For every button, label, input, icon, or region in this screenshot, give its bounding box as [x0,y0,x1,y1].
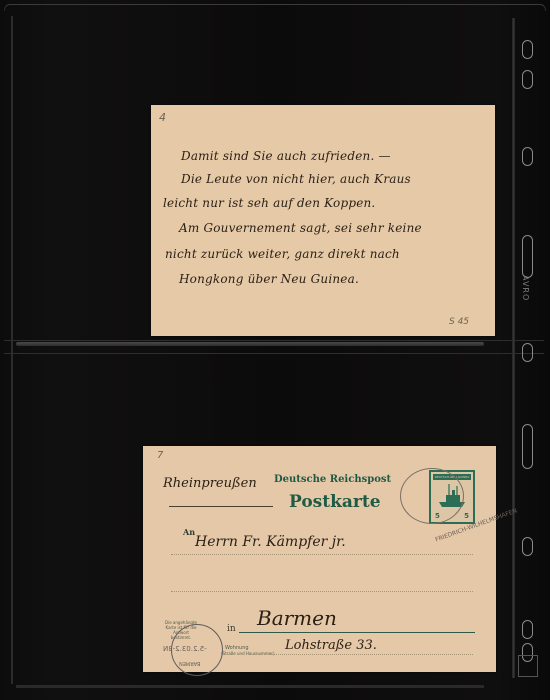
sheet-top-edge [4,4,546,11]
punch-hole-icon [522,40,533,59]
postcard-address-side: 7 Rheinpreußen Deutsche Reichspost Postk… [143,446,496,672]
letter-line: Hongkong über Neu Guinea. [179,272,359,286]
street-address: Lohstraße 33. [285,638,377,653]
origin-postmark [400,468,464,524]
card-title: Postkarte [289,492,381,512]
address-line [171,591,473,592]
letter-line: Die Leute von nicht hier, auch Kraus [181,172,411,186]
stamp-value-right: 5 [464,512,469,520]
address-line [171,554,473,555]
pocket-separator-line [4,340,544,341]
punch-hole-icon [522,70,533,89]
card-header: Deutsche Reichspost [274,474,391,485]
an-label: An [183,527,195,537]
in-label: in [227,624,236,634]
postcard-message-side: 4 Damit sind Sie auch zufrieden. — Die L… [151,105,495,336]
card-corner-number: 4 [159,111,166,124]
sheet-corner-mark [518,655,538,677]
punch-hole-icon [522,620,533,639]
letter-line: Damit sind Sie auch zufrieden. — [181,149,391,163]
album-brand: AVRO [521,275,530,301]
sender-underline [169,506,273,507]
city-underline [239,632,475,633]
arrival-postmark-place: BARMEN [179,660,201,666]
arrival-postmark-date: -5.2.03.2-3N [163,645,207,653]
pocket-separator [16,342,484,346]
pocket-bottom-strip [16,685,484,688]
sleeve-left-edge [11,16,13,684]
punch-hole-icon [522,343,533,362]
card-corner-number: 7 [157,450,163,461]
letter-line: nicht zurück weiter, ganz direkt nach [165,247,400,261]
punch-hole-icon [522,147,533,166]
recipient-name: Herrn Fr. Kämpfer jr. [195,534,346,550]
letter-line: leicht nur ist seh auf den Koppen. [163,196,375,210]
album-sheet: AVRO 4 Damit sind Sie auch zufrieden. — … [0,0,550,700]
punch-hole-icon [522,537,533,556]
destination-city: Barmen [257,606,337,630]
punch-hole-icon [522,424,533,469]
letter-line: Am Gouvernement sagt, sei sehr keine [179,221,422,235]
sender-note: Rheinpreußen [163,476,257,491]
address-line [253,654,473,655]
punch-hole-icon [522,235,533,278]
sleeve-right-edge [512,18,515,678]
pencil-catalog-note: S 45 [449,317,469,327]
pocket-separator-line [4,353,544,354]
